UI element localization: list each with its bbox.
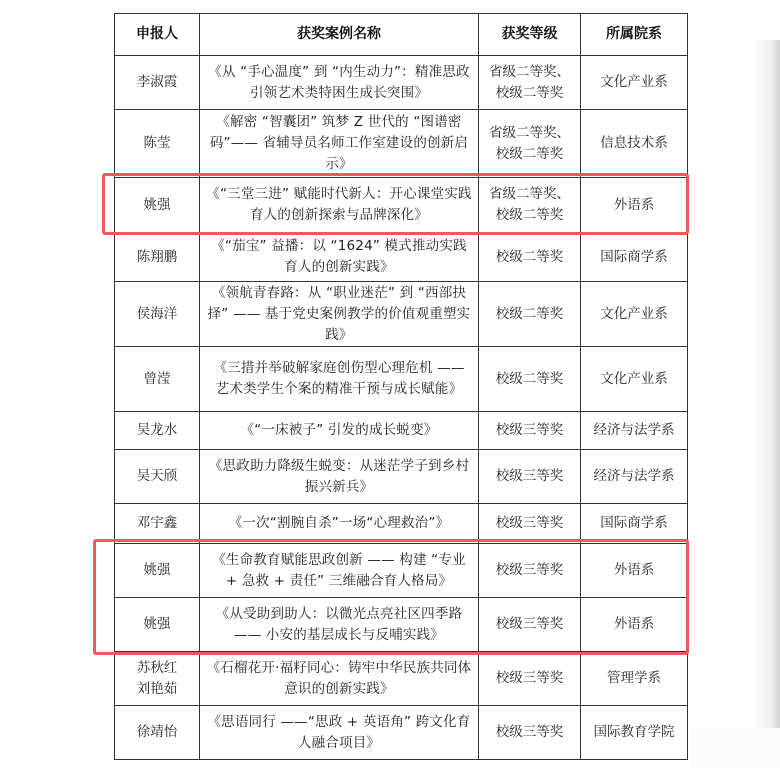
case-title-cell: 《“茄宝” 益播：以 “1624” 模式推动实践育人的创新实践》	[200, 233, 479, 282]
table-row: 陈莹 《解密 “智囊团” 筑梦 Z 世代的 “图谱密码”—— 省辅导员名师工作室…	[115, 110, 688, 178]
table-row: 邓宇鑫 《一次“割腕自杀”一场“心理救治”》 校级三等奖 国际商学系	[115, 504, 688, 544]
applicant-cell: 曾滢	[115, 347, 200, 412]
table-row-highlighted: 姚强 《生命教育赋能思政创新 —— 构建 “专业 + 急救 + 责任” 三维融合…	[115, 544, 688, 598]
award-level-line: 省级二等奖、	[489, 64, 570, 80]
case-title-cell: 《思政助力降级生蜕变：从迷茫学子到乡村振兴新兵》	[200, 450, 479, 504]
department-cell: 文化产业系	[581, 282, 688, 347]
case-title-cell: 《“一床被子” 引发的成长蜕变》	[200, 412, 479, 450]
department-cell: 管理学系	[581, 652, 688, 706]
applicant-cell: 吴天颀	[115, 450, 200, 504]
table-row: 吴天颀 《思政助力降级生蜕变：从迷茫学子到乡村振兴新兵》 校级三等奖 经济与法学…	[115, 450, 688, 504]
applicant-cell: 侯海洋	[115, 282, 200, 347]
table-row: 徐靖怡 《思语同行 ——“思政 + 英语角” 跨文化育人融合项目》 校级三等奖 …	[115, 706, 688, 760]
case-title-cell: 《生命教育赋能思政创新 —— 构建 “专业 + 急救 + 责任” 三维融合育人格…	[200, 544, 479, 598]
award-level-cell: 校级三等奖	[479, 504, 581, 544]
applicant-cell: 邓宇鑫	[115, 504, 200, 544]
page-edge-shadow	[754, 40, 780, 730]
department-cell: 文化产业系	[581, 56, 688, 110]
applicant-line: 苏秋红	[137, 660, 178, 676]
header-applicant: 申报人	[115, 14, 200, 56]
award-level-cell: 省级二等奖、校级二等奖	[479, 178, 581, 233]
page-bottom-shade	[690, 728, 780, 768]
case-title-cell: 《领航青春路：从 “职业迷茫” 到 “西部抉择” —— 基于党史案例教学的价值观…	[200, 282, 479, 347]
department-cell: 经济与法学系	[581, 412, 688, 450]
department-cell: 信息技术系	[581, 110, 688, 178]
applicant-cell: 徐靖怡	[115, 706, 200, 760]
case-title-cell: 《一次“割腕自杀”一场“心理救治”》	[200, 504, 479, 544]
applicant-cell: 陈莹	[115, 110, 200, 178]
case-title-cell: 《石榴花开·福籽同心：铸牢中华民族共同体意识的创新实践》	[200, 652, 479, 706]
department-cell: 经济与法学系	[581, 450, 688, 504]
award-level-cell: 校级三等奖	[479, 544, 581, 598]
award-level-line: 校级二等奖	[496, 207, 564, 223]
table-row-highlighted: 姚强 《“三堂三进” 赋能时代新人：开心课堂实践育人的创新探索与品牌深化》 省级…	[115, 178, 688, 233]
applicant-cell: 姚强	[115, 178, 200, 233]
table-row: 苏秋红刘艳茹 《石榴花开·福籽同心：铸牢中华民族共同体意识的创新实践》 校级三等…	[115, 652, 688, 706]
header-award-level: 获奖等级	[479, 14, 581, 56]
table-header-row: 申报人 获奖案例名称 获奖等级 所属院系	[115, 14, 688, 56]
header-case-title: 获奖案例名称	[200, 14, 479, 56]
table-row: 曾滢 《三措并举破解家庭创伤型心理危机 —— 艺术类学生个案的精准干预与成长赋能…	[115, 347, 688, 412]
applicant-cell: 姚强	[115, 598, 200, 652]
department-cell: 国际商学系	[581, 504, 688, 544]
case-title-cell: 《三措并举破解家庭创伤型心理危机 —— 艺术类学生个案的精准干预与成长赋能》	[200, 347, 479, 412]
award-level-cell: 校级三等奖	[479, 412, 581, 450]
department-cell: 外语系	[581, 178, 688, 233]
award-level-cell: 省级二等奖、校级二等奖	[479, 56, 581, 110]
award-level-cell: 校级三等奖	[479, 450, 581, 504]
department-cell: 文化产业系	[581, 347, 688, 412]
department-cell: 外语系	[581, 598, 688, 652]
award-level-cell: 校级三等奖	[479, 652, 581, 706]
case-title-cell: 《“三堂三进” 赋能时代新人：开心课堂实践育人的创新探索与品牌深化》	[200, 178, 479, 233]
department-cell: 国际教育学院	[581, 706, 688, 760]
award-level-cell: 省级二等奖、校级二等奖	[479, 110, 581, 178]
table-row: 陈翔鹏 《“茄宝” 益播：以 “1624” 模式推动实践育人的创新实践》 校级二…	[115, 233, 688, 282]
applicant-cell: 姚强	[115, 544, 200, 598]
award-level-cell: 校级二等奖	[479, 233, 581, 282]
table-row-highlighted: 姚强 《从受助到助人：以微光点亮社区四季路 —— 小安的基层成长与反哺实践》 校…	[115, 598, 688, 652]
table-row: 侯海洋 《领航青春路：从 “职业迷茫” 到 “西部抉择” —— 基于党史案例教学…	[115, 282, 688, 347]
case-title-cell: 《思语同行 ——“思政 + 英语角” 跨文化育人融合项目》	[200, 706, 479, 760]
applicant-cell: 李淑霞	[115, 56, 200, 110]
case-title-cell: 《从受助到助人：以微光点亮社区四季路 —— 小安的基层成长与反哺实践》	[200, 598, 479, 652]
department-cell: 外语系	[581, 544, 688, 598]
case-title-cell: 《从 “手心温度” 到 “内生动力”：精准思政引领艺术类特困生成长突围》	[200, 56, 479, 110]
award-level-cell: 校级三等奖	[479, 598, 581, 652]
applicant-cell: 苏秋红刘艳茹	[115, 652, 200, 706]
award-level-line: 省级二等奖、	[489, 125, 570, 141]
applicant-cell: 陈翔鹏	[115, 233, 200, 282]
award-level-line: 校级二等奖	[496, 85, 564, 101]
applicant-line: 刘艳茹	[137, 681, 178, 697]
header-department: 所属院系	[581, 14, 688, 56]
award-level-cell: 校级二等奖	[479, 282, 581, 347]
case-title-cell: 《解密 “智囊团” 筑梦 Z 世代的 “图谱密码”—— 省辅导员名师工作室建设的…	[200, 110, 479, 178]
award-level-cell: 校级三等奖	[479, 706, 581, 760]
award-level-cell: 校级二等奖	[479, 347, 581, 412]
table-row: 李淑霞 《从 “手心温度” 到 “内生动力”：精准思政引领艺术类特困生成长突围》…	[115, 56, 688, 110]
award-level-line: 省级二等奖、	[489, 186, 570, 202]
table-row: 吴龙水 《“一床被子” 引发的成长蜕变》 校级三等奖 经济与法学系	[115, 412, 688, 450]
applicant-cell: 吴龙水	[115, 412, 200, 450]
department-cell: 国际商学系	[581, 233, 688, 282]
award-level-line: 校级二等奖	[496, 146, 564, 162]
awards-table: 申报人 获奖案例名称 获奖等级 所属院系 李淑霞 《从 “手心温度” 到 “内生…	[114, 13, 688, 760]
